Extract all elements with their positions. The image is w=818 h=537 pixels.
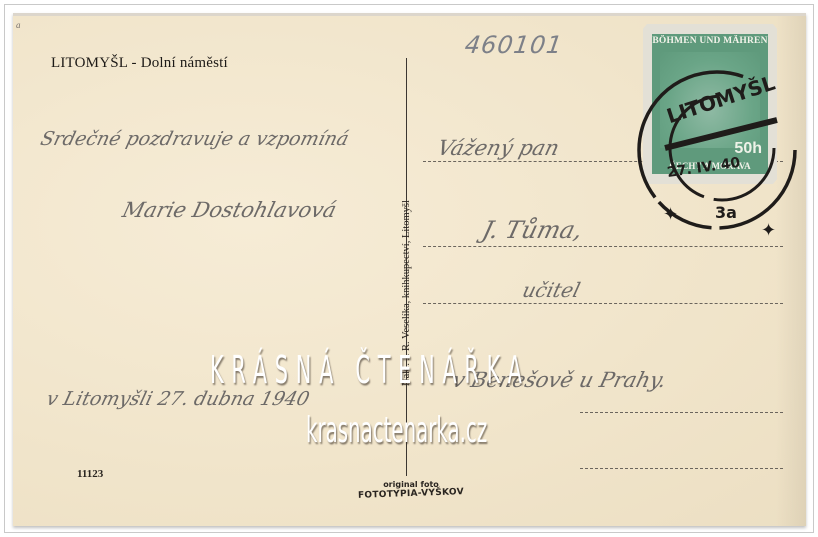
- message-line: Srdečné pozdravuje a vzpomíná: [38, 128, 351, 150]
- address-line: [423, 303, 783, 304]
- address-line: [580, 468, 783, 469]
- series-number: 11123: [77, 468, 103, 480]
- address-line: [580, 412, 783, 413]
- photo-credit: original foto FOTOTYPIA-VYŠKOV: [358, 480, 464, 499]
- watermark-url: krasnactenarka.cz: [306, 410, 487, 451]
- star-icon: ✦: [761, 220, 776, 240]
- corner-mark: a: [16, 20, 21, 30]
- postcard-title: LITOMYŠL - Dolní náměstí: [51, 55, 228, 72]
- stamp-top-text: BÖHMEN UND MÄHREN: [652, 36, 768, 46]
- photo-credit-line2: FOTOTYPIA-VYŠKOV: [358, 487, 464, 501]
- star-icon: ✦: [663, 204, 678, 224]
- address-title: učitel: [520, 278, 583, 302]
- postmark-date: 27. IV. 40: [666, 155, 741, 181]
- postmark-code: 3a: [715, 203, 737, 222]
- watermark-title: KRÁSNÁ ČTENÁŘKA: [210, 348, 530, 392]
- postmark-cancellation: LITOMYŠL 27. IV. 40 3a ✦ ✦: [627, 68, 807, 248]
- inventory-number: 460101: [463, 31, 565, 59]
- address-salutation: Vážený pan: [435, 136, 562, 160]
- message-signature: Marie Dostohlavová: [120, 198, 339, 222]
- address-name: J. Tůma,: [480, 216, 586, 244]
